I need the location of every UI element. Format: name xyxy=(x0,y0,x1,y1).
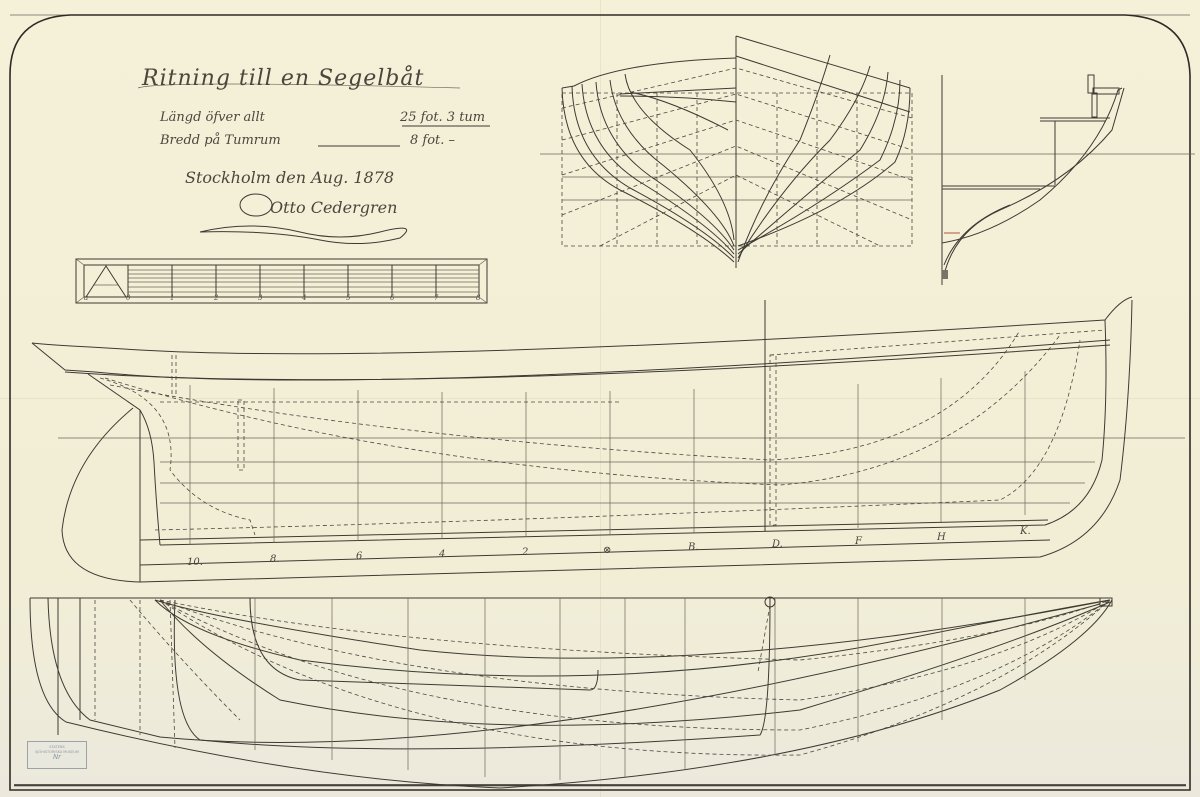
sheer-plan xyxy=(32,297,1185,582)
scale-label: 5 xyxy=(346,294,350,302)
body-plan xyxy=(540,36,930,268)
scale-label: 7 xyxy=(434,294,438,302)
station-label: K. xyxy=(1020,526,1031,537)
scale-label: 1 xyxy=(170,294,174,302)
station-label: 4 xyxy=(439,549,445,560)
museum-stamp: STATENS SJÖHISTORISKA MUSEUM Nr xyxy=(27,741,87,769)
station-label: ⊗ xyxy=(603,545,611,556)
station-label: 2 xyxy=(522,547,528,558)
spec-length-label: Längd öfver allt xyxy=(160,110,265,125)
spec-length-value: 25 fot. 3 tum xyxy=(400,110,485,125)
half-breadth-plan xyxy=(14,597,1186,788)
title-flourish xyxy=(138,84,490,244)
sheet-border xyxy=(10,15,1190,790)
scale-label: 8 xyxy=(476,294,480,302)
station-label: 8. xyxy=(270,554,280,565)
station-label: H xyxy=(937,532,946,543)
scale-label: 0 xyxy=(126,294,130,302)
spec-beam-label: Bredd på Tumrum xyxy=(160,133,281,148)
stamp-number: Nr xyxy=(28,755,86,760)
scale-label: 2 xyxy=(214,294,218,302)
station-label: D. xyxy=(772,539,783,550)
scale-label: 4 xyxy=(302,294,306,302)
spec-beam-value: 8 fot. – xyxy=(410,133,455,148)
station-label: 10. xyxy=(187,557,203,568)
signature: Otto Cedergren xyxy=(270,198,397,217)
place-date: Stockholm den Aug. 1878 xyxy=(185,168,394,187)
drawing-title: Ritning till en Segelbåt xyxy=(142,66,424,91)
station-label: 6 xyxy=(356,551,362,562)
station-label: B. xyxy=(688,542,699,553)
scale-label: a xyxy=(84,294,88,302)
scale-bar xyxy=(76,259,487,303)
scale-label: 3 xyxy=(258,294,262,302)
station-label: F xyxy=(855,536,862,547)
scale-label: 6 xyxy=(390,294,394,302)
stern-section xyxy=(930,75,1195,285)
drawing-sheet: Ritning till en Segelbåt Längd öfver all… xyxy=(0,0,1200,797)
